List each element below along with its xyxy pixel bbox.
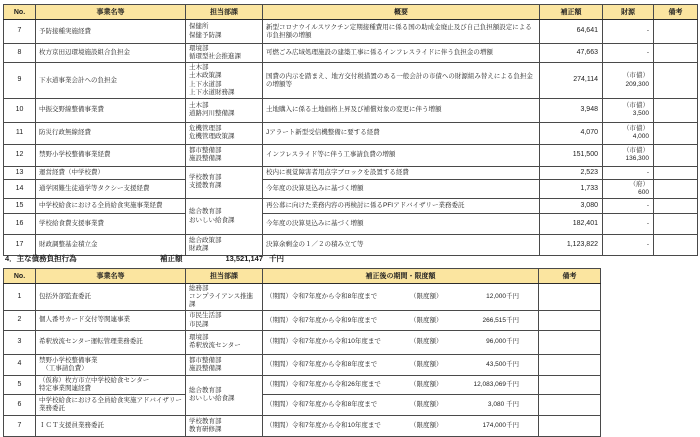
project-name: 中学校給食における全員給食実施アドバイザリー業務委託	[36, 394, 186, 415]
row-no: 2	[4, 311, 36, 330]
amount: 274,114	[540, 63, 603, 99]
funding-source: -	[603, 44, 654, 63]
limit-label: （限度額）	[410, 293, 443, 301]
department: 市民生活部 市民課	[186, 311, 263, 330]
department: 保健所 保健予防課	[186, 20, 263, 44]
row-no: 3	[4, 330, 36, 354]
funding-source: （市債） 209,300	[603, 63, 654, 99]
section-amount-label: 補正額	[160, 253, 208, 264]
summary: 可燃ごみ広域処理施設の建築工事に係るインフレスライドに伴う負担金の増額	[263, 44, 540, 63]
project-name: 個人番号カード交付等関連事業	[36, 311, 186, 330]
department: 学校教育部 支援教育課	[186, 166, 263, 198]
period-value: 令和7年度から令和8年度まで	[292, 361, 410, 369]
header-department: 担当部課	[186, 269, 263, 284]
note	[539, 311, 601, 330]
department: 総合教育部 おいしい給食課	[186, 375, 263, 415]
note	[654, 44, 698, 63]
header-note: 備考	[539, 269, 601, 284]
period-and-limit: （期間） 令和7年度から令和26年度まで （限度額） 12,083,069千円	[263, 375, 539, 394]
row-no: 4	[4, 354, 36, 375]
funding-source: -	[603, 199, 654, 214]
header-project-name: 事業名等	[36, 5, 186, 20]
project-name: 通学困難生徒通学等タクシー支援経費	[36, 179, 186, 198]
debt-obligations-table: No. 事業名等 担当部課 補正後の期間・限度額 備考 1 包括外部監査委託 総…	[3, 268, 601, 437]
summary: Jアラート新型受信機整備に要する経費	[263, 122, 540, 144]
project-name: 包括外部監査委託	[36, 284, 186, 311]
row-no: 6	[4, 394, 36, 415]
table-row: 5 （仮称）枚方市立中学校給食センター 特定事業関連経費 総合教育部 おいしい給…	[4, 375, 601, 394]
period-and-limit: （期間） 令和7年度から令和10年度まで （限度額） 96,000千円	[263, 330, 539, 354]
summary: インフレスライド等に伴う工事請負費の増額	[263, 144, 540, 166]
period-and-limit: （期間） 令和7年度から令和9年度まで （限度額） 266,515千円	[263, 311, 539, 330]
header-no: No.	[4, 269, 36, 284]
period-and-limit: （期間） 令和7年度から令和8年度まで （限度額） 12,000千円	[263, 284, 539, 311]
row-no: 15	[4, 199, 36, 214]
period-label: （期間）	[266, 338, 292, 346]
note	[654, 214, 698, 235]
summary: 校内に視覚障害者用点字ブロックを設置する経費	[263, 166, 540, 179]
summary: 今年度の決算見込みに基づく増額	[263, 179, 540, 198]
period-value: 令和7年度から令和8年度まで	[292, 293, 410, 301]
table-row: 11 防災行政無線経費 危機管理部 危機管理政策課 Jアラート新型受信機整備に要…	[4, 122, 698, 144]
limit-label: （限度額）	[410, 422, 443, 430]
limit-value: 12,000千円	[443, 293, 536, 301]
project-name: 中学校給食における全員給食実施事業経費	[36, 199, 186, 214]
limit-value: 43,500千円	[443, 361, 536, 369]
row-no: 11	[4, 122, 36, 144]
summary: 再公募に向けた業務内容の再検討に係るPFIアドバイザリー業務委託	[263, 199, 540, 214]
project-name: 下水道事業会計への負担金	[36, 63, 186, 99]
project-name: 中振交野線整備事業費	[36, 98, 186, 122]
funding-source: -	[603, 166, 654, 179]
table-row: 9 下水道事業会計への負担金 土木部 土木政策課 上下水道部 上下水道財務課 国…	[4, 63, 698, 99]
table-row: 14 通学困難生徒通学等タクシー支援経費 今年度の決算見込みに基づく増額 1,7…	[4, 179, 698, 198]
period-and-limit: （期間） 令和7年度から令和8年度まで （限度額） 3,080 千円	[263, 394, 539, 415]
row-no: 12	[4, 144, 36, 166]
table-row: 7 予防接種実施経費 保健所 保健予防課 新型コロナウイルスワクチン定期接種費用…	[4, 20, 698, 44]
amount: 2,523	[540, 166, 603, 179]
limit-value: 12,083,069千円	[443, 381, 536, 389]
amount: 4,070	[540, 122, 603, 144]
department: 環境部 希釈放流センター	[186, 330, 263, 354]
department: 都市整備部 施設整備課	[186, 144, 263, 166]
summary: 国費の内示を踏まえ、地方交付税措置のある一般会計の市債への財源組み替えによる負担…	[263, 63, 540, 99]
project-name: （仮称）枚方市立中学校給食センター 特定事業関連経費	[36, 375, 186, 394]
amount: 151,500	[540, 144, 603, 166]
project-name: 禁野小学校整備事業 （工事請負費）	[36, 354, 186, 375]
funding-source: （市債） 136,300	[603, 144, 654, 166]
header-project-name: 事業名等	[36, 269, 186, 284]
limit-value: 266,515千円	[443, 317, 536, 325]
note	[654, 98, 698, 122]
table-row: 7 ＩＣＴ支援員業務委託 学校教育部 教育研修課 （期間） 令和7年度から令和1…	[4, 415, 601, 436]
period-value: 令和7年度から令和10年度まで	[292, 338, 410, 346]
table-row: 1 包括外部監査委託 総務部 コンプライアンス推進課 （期間） 令和7年度から令…	[4, 284, 601, 311]
period-label: （期間）	[266, 381, 292, 389]
header-amount: 補正額	[540, 5, 603, 20]
row-no: 14	[4, 179, 36, 198]
note	[654, 179, 698, 198]
funding-source: （府） 600	[603, 179, 654, 198]
note	[539, 375, 601, 394]
project-name: 希釈放流センター運転管理業務委託	[36, 330, 186, 354]
table-row: 8 枚方京田辺環境施設組合負担金 環境部 循環型社会推進課 可燃ごみ広域処理施設…	[4, 44, 698, 63]
period-label: （期間）	[266, 317, 292, 325]
header-period-limit: 補正後の期間・限度額	[263, 269, 539, 284]
period-value: 令和7年度から令和10年度まで	[292, 422, 410, 430]
department: 都市整備部 施設整備課	[186, 354, 263, 375]
row-no: 10	[4, 98, 36, 122]
amount: 182,401	[540, 214, 603, 235]
period-label: （期間）	[266, 293, 292, 301]
section-title: 4．主な債務負担行為	[5, 253, 160, 264]
department: 総合教育部 おいしい給食課	[186, 199, 263, 235]
funding-source: （市債） 4,000	[603, 122, 654, 144]
budget-table-header-row: No. 事業名等 担当部課 概要 補正額 財源 備考	[4, 5, 698, 20]
header-summary: 概要	[263, 5, 540, 20]
row-no: 7	[4, 20, 36, 44]
period-and-limit: （期間） 令和7年度から令和10年度まで （限度額） 174,000千円	[263, 415, 539, 436]
summary: 今年度の決算見込みに基づく増額	[263, 214, 540, 235]
period-label: （期間）	[266, 422, 292, 430]
table-row: 12 禁野小学校整備事業経費 都市整備部 施設整備課 インフレスライド等に伴う工…	[4, 144, 698, 166]
section-amount-unit: 千円	[269, 253, 284, 264]
note	[654, 122, 698, 144]
department: 土木部 道路河川整備課	[186, 98, 263, 122]
department: 学校教育部 教育研修課	[186, 415, 263, 436]
table-row: 6 中学校給食における全員給食実施アドバイザリー業務委託 （期間） 令和7年度か…	[4, 394, 601, 415]
debt-table-header-row: No. 事業名等 担当部課 補正後の期間・限度額 備考	[4, 269, 601, 284]
period-label: （期間）	[266, 401, 292, 409]
header-note: 備考	[654, 5, 698, 20]
limit-label: （限度額）	[410, 338, 443, 346]
note	[539, 284, 601, 311]
project-name: 禁野小学校整備事業経費	[36, 144, 186, 166]
limit-value: 96,000千円	[443, 338, 536, 346]
amount: 64,641	[540, 20, 603, 44]
note	[654, 144, 698, 166]
project-name: 防災行政無線経費	[36, 122, 186, 144]
row-no: 8	[4, 44, 36, 63]
note	[539, 415, 601, 436]
table-row: 15 中学校給食における全員給食実施事業経費 総合教育部 おいしい給食課 再公募…	[4, 199, 698, 214]
period-and-limit: （期間） 令和7年度から令和8年度まで （限度額） 43,500千円	[263, 354, 539, 375]
amount: 3,948	[540, 98, 603, 122]
period-value: 令和7年度から令和8年度まで	[292, 401, 410, 409]
department: 危機管理部 危機管理政策課	[186, 122, 263, 144]
table-row: 3 希釈放流センター運転管理業務委託 環境部 希釈放流センター （期間） 令和7…	[4, 330, 601, 354]
limit-label: （限度額）	[410, 317, 443, 325]
row-no: 5	[4, 375, 36, 394]
table-row: 2 個人番号カード交付等関連事業 市民生活部 市民課 （期間） 令和7年度から令…	[4, 311, 601, 330]
table-row: 16 学校給食費支援事業費 今年度の決算見込みに基づく増額 182,401 -	[4, 214, 698, 235]
department: 総務部 コンプライアンス推進課	[186, 284, 263, 311]
summary: 土地購入に係る土地価格上昇及び補償対象の変更に伴う増額	[263, 98, 540, 122]
row-no: 1	[4, 284, 36, 311]
period-value: 令和7年度から令和26年度まで	[292, 381, 410, 389]
section-4-heading: 4．主な債務負担行為 補正額 13,521,147 千円	[5, 251, 695, 265]
table-row: 10 中振交野線整備事業費 土木部 道路河川整備課 土地購入に係る土地価格上昇及…	[4, 98, 698, 122]
limit-value: 3,080 千円	[443, 401, 536, 409]
note	[539, 330, 601, 354]
section-amount-value: 13,521,147	[208, 254, 263, 263]
row-no: 13	[4, 166, 36, 179]
row-no: 7	[4, 415, 36, 436]
summary: 新型コロナウイルスワクチン定期接種費用に係る国の助成金廃止及び自己負担額設定によ…	[263, 20, 540, 44]
funding-source: -	[603, 20, 654, 44]
project-name: 学校給食費支援事業費	[36, 214, 186, 235]
funding-source: （市債） 3,500	[603, 98, 654, 122]
funding-source: -	[603, 214, 654, 235]
note	[654, 63, 698, 99]
header-no: No.	[4, 5, 36, 20]
project-name: 予防接種実施経費	[36, 20, 186, 44]
limit-value: 174,000千円	[443, 422, 536, 430]
budget-projects-table: No. 事業名等 担当部課 概要 補正額 財源 備考 7 予防接種実施経費 保健…	[3, 4, 698, 256]
header-department: 担当部課	[186, 5, 263, 20]
table-row: 4 禁野小学校整備事業 （工事請負費） 都市整備部 施設整備課 （期間） 令和7…	[4, 354, 601, 375]
project-name: ＩＣＴ支援員業務委託	[36, 415, 186, 436]
limit-label: （限度額）	[410, 381, 443, 389]
department: 土木部 土木政策課 上下水道部 上下水道財務課	[186, 63, 263, 99]
department: 環境部 循環型社会推進課	[186, 44, 263, 63]
header-funding-source: 財源	[603, 5, 654, 20]
period-label: （期間）	[266, 361, 292, 369]
period-value: 令和7年度から令和9年度まで	[292, 317, 410, 325]
note	[539, 394, 601, 415]
amount: 3,080	[540, 199, 603, 214]
note	[539, 354, 601, 375]
note	[654, 166, 698, 179]
project-name: 運営経費（中学校費）	[36, 166, 186, 179]
amount: 1,733	[540, 179, 603, 198]
table-row: 13 運営経費（中学校費） 学校教育部 支援教育課 校内に視覚障害者用点字ブロッ…	[4, 166, 698, 179]
row-no: 16	[4, 214, 36, 235]
limit-label: （限度額）	[410, 361, 443, 369]
row-no: 9	[4, 63, 36, 99]
project-name: 枚方京田辺環境施設組合負担金	[36, 44, 186, 63]
note	[654, 20, 698, 44]
note	[654, 199, 698, 214]
amount: 47,663	[540, 44, 603, 63]
limit-label: （限度額）	[410, 401, 443, 409]
